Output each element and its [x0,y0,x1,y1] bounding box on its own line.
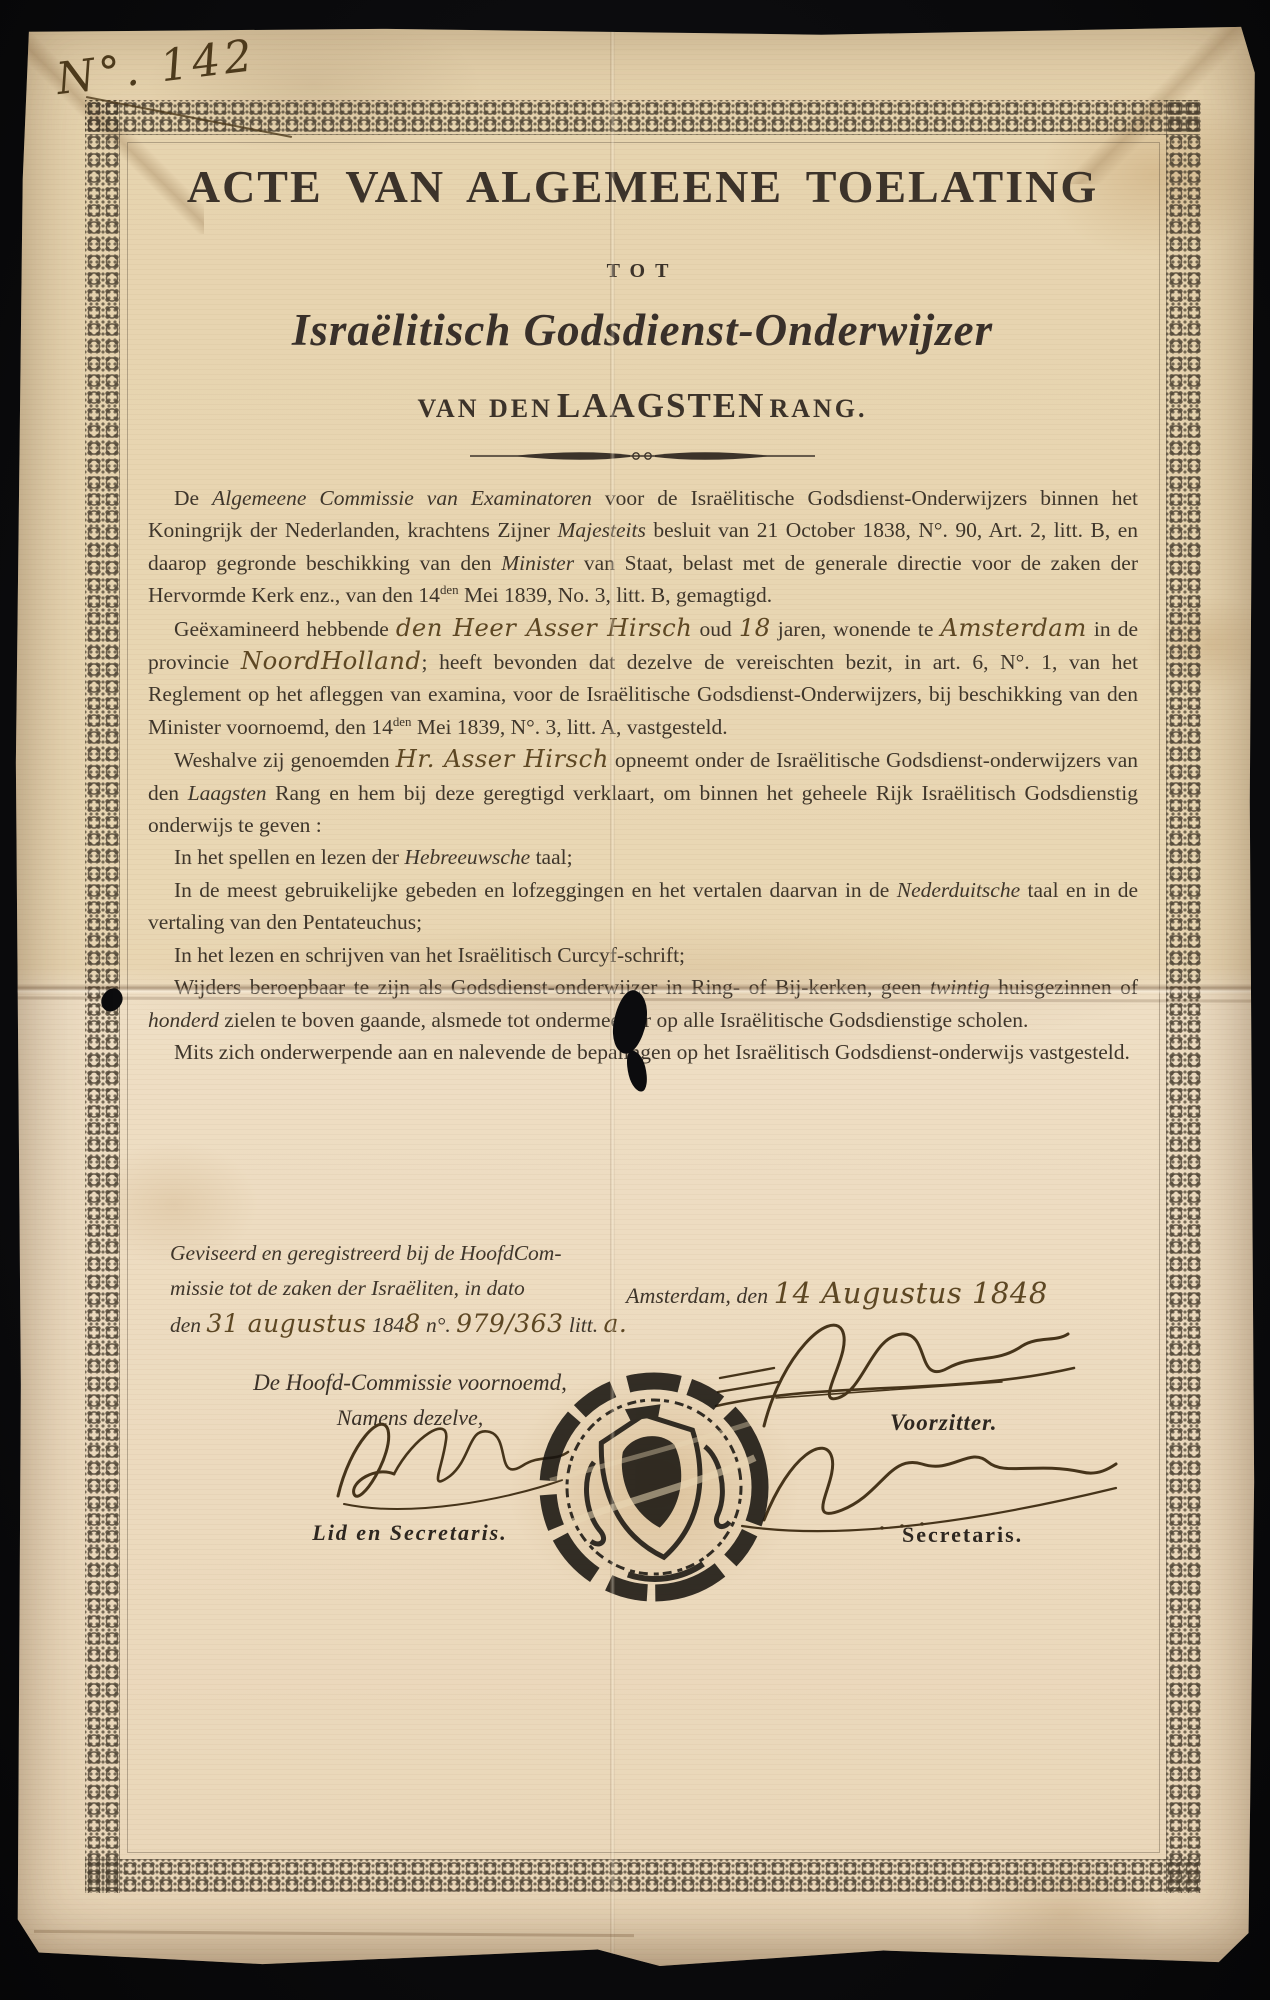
handwritten-digit: 8 [404,1309,420,1338]
text-run: Mei 1839, No. 3, litt. B, gemagtigd. [459,583,773,607]
handwritten-date: 31 augustus [206,1309,366,1338]
registration-line2: missie tot de zaken der Israëliten, in d… [170,1271,650,1306]
superscript: den [440,583,459,597]
text-run-italic: honderd [148,1008,219,1032]
document-title: ACTE VAN ALGEMEENE TOELATING [85,160,1200,213]
text-run: Wijders beroepbaar te zijn als Godsdiens… [174,975,930,999]
title-rank-line: VAN DEN LAAGSTEN RANG. [85,386,1200,426]
paragraph-commission: De Algemeene Commissie van Examinatoren … [148,482,1138,612]
text-run-italic: twintig [930,975,990,999]
ornamental-border-right [1166,100,1201,1893]
paragraph-examined: Geëxamineerd hebbende den Heer Asser Hir… [148,612,1138,744]
text-run-italic: Majesteits [557,518,645,542]
handwritten-document-number: N°. 142 [54,30,259,105]
handwritten-name: den Heer Asser Hirsch [396,613,693,642]
text-run: Weshalve zij genoemden [174,748,396,772]
handwritten-age: 18 [739,613,771,642]
rank-word: LAAGSTEN [557,386,766,425]
text-run-italic: Hebreeuwsche [404,845,530,869]
registration-line3: den 31 augustus 1848 n°. 979/363 litt. a… [170,1306,650,1343]
registration-note: Geviseerd en geregistreerd bij de HoofdC… [170,1236,650,1343]
text-run-italic: Laagsten [188,781,267,805]
handwritten-city: Amsterdam [941,613,1087,642]
signature-secretaris [730,1428,1120,1536]
rank-prefix: VAN DEN [418,394,553,423]
text-run: In het lezen en schrijven van het Israël… [174,943,685,967]
handwritten-name: Hr. Asser Hirsch [396,744,609,773]
ornamental-border-bottom [85,1859,1200,1894]
rank-suffix: RANG. [769,394,867,423]
certificate-paper: N°. 142 ACTE VAN ALGEMEENE TOELATING TOT… [14,24,1256,1968]
title-subject: Israëlitisch Godsdienst-Onderwijzer [85,304,1200,356]
registration-line1: Geviseerd en geregistreerd bij de HoofdC… [170,1236,650,1271]
text-run-italic: Minister [501,551,574,575]
text-run: jaren, wonende te [771,617,941,641]
text-run: Mei 1839, N°. 3, litt. A, vastgesteld. [411,715,727,739]
title-tot: TOT [85,260,1200,283]
text-run: n°. [421,1313,456,1337]
list-item-hebrew: In het spellen en lezen der Hebreeuwsche… [148,841,1138,873]
paragraph-weshalve: Weshalve zij genoemden Hr. Asser Hirsch … [148,743,1138,841]
ornamental-divider [470,448,815,464]
handwritten-province: NoordHolland [241,646,422,675]
text-run-italic: Algemeene Commissie van Examinatoren [212,486,592,510]
text-run: Geëxamineerd hebbende [174,617,396,641]
text-run: huisgezinnen of [990,975,1138,999]
text-run: litt. [563,1313,603,1337]
list-item-script: In het lezen en schrijven van het Israël… [148,939,1138,971]
photograph-background: N°. 142 ACTE VAN ALGEMEENE TOELATING TOT… [0,0,1270,2000]
handwritten-letter: a. [604,1309,628,1338]
text-run: oud [692,617,738,641]
text-run: De [174,486,212,510]
text-run: den [170,1313,206,1337]
secretaris-label: Secretaris. [902,1522,1023,1548]
text-run: In de meest gebruikelijke gebeden en lof… [174,878,897,902]
text-run-italic: Nederduitsche [897,878,1020,902]
superscript: den [393,715,412,729]
certificate-body-text: De Algemeene Commissie van Examinatoren … [148,482,1138,1068]
text-run: In het spellen en lezen der [174,845,404,869]
bottom-sheet-edge [34,1930,634,1937]
list-item-prayers: In de meest gebruikelijke gebeden en lof… [148,874,1138,939]
handwritten-number-fraction: 979/363 [456,1309,563,1338]
text-run: 184 [367,1313,405,1337]
text-run: taal; [530,845,572,869]
text-run: Rang en hem bij deze geregtigd verklaart… [148,781,1138,837]
seal-stamp [516,1346,792,1628]
